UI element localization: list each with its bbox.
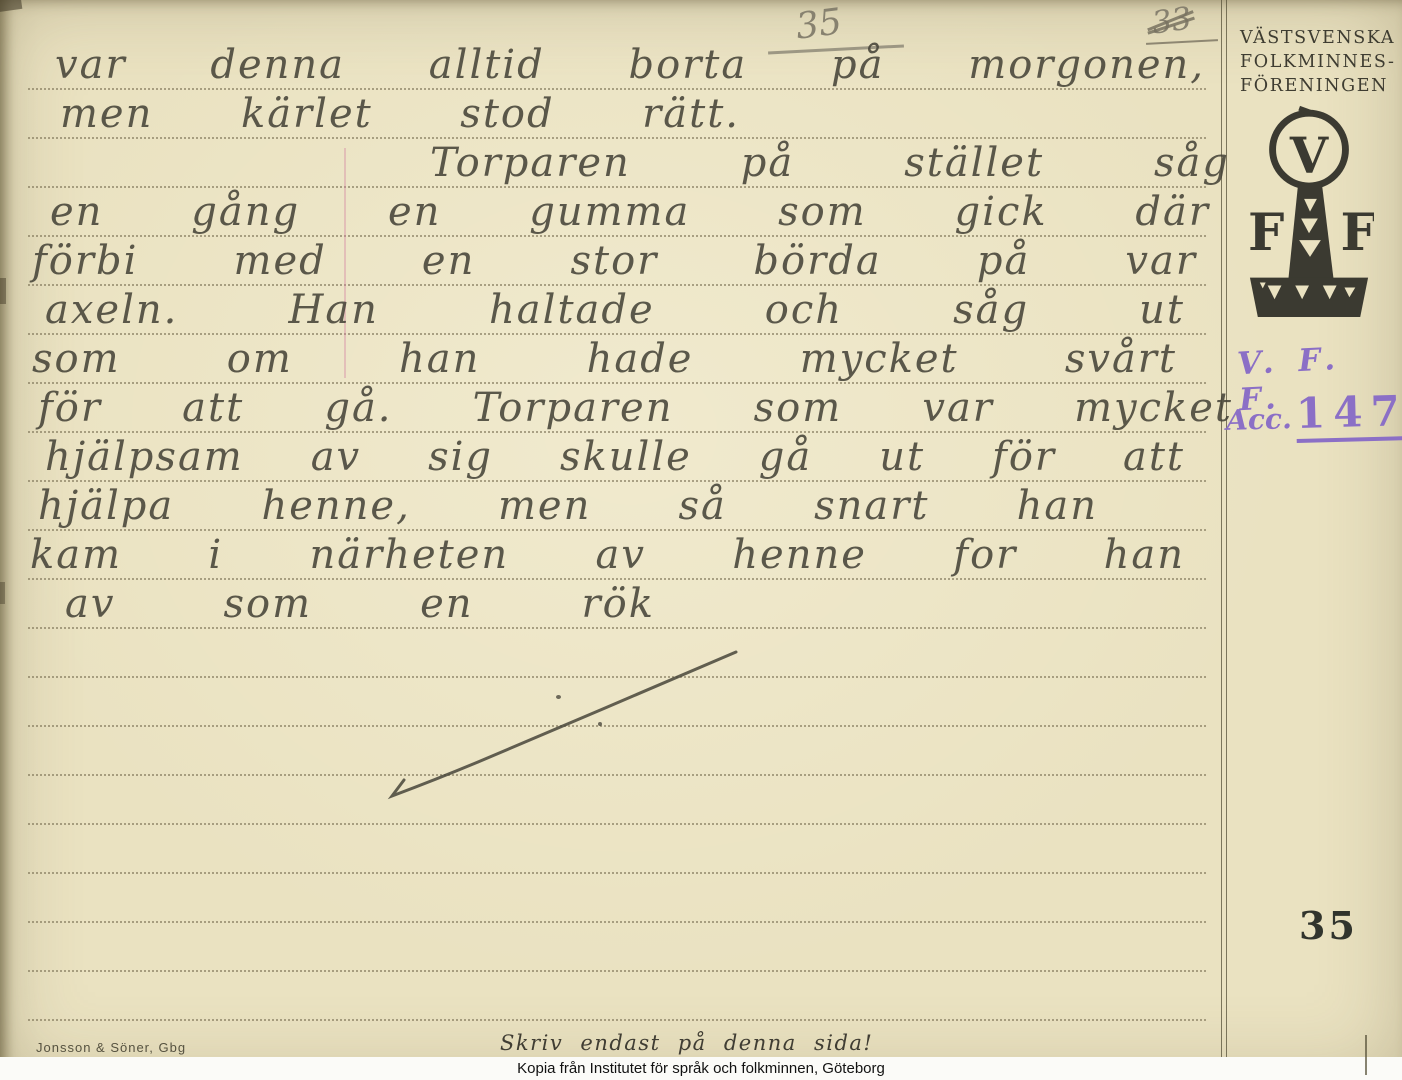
ruled-line bbox=[28, 333, 1206, 335]
ruled-line bbox=[28, 823, 1206, 825]
ruled-line bbox=[28, 1019, 1206, 1021]
organization-name: VÄSTSVENSKA FOLKMINNES- FÖRENINGEN bbox=[1240, 26, 1396, 98]
top-page-number: 35 bbox=[794, 3, 844, 46]
accession-number: 1471 bbox=[1295, 385, 1402, 443]
crossed-out-number: 33 bbox=[1150, 0, 1194, 43]
copy-caption-text: Kopia från Institutet för språk och folk… bbox=[517, 1060, 885, 1077]
ink-speck bbox=[598, 722, 602, 726]
document-page: 35 33 var denna alltid borta på morgonen… bbox=[0, 0, 1402, 1080]
ruled-line bbox=[28, 137, 1206, 139]
thor-hammer-logo-icon: V F F bbox=[1246, 104, 1374, 336]
manuscript-line: en gång en gumma som gick där bbox=[50, 189, 1210, 235]
copy-caption-bar: Kopia från Institutet för språk och folk… bbox=[0, 1057, 1402, 1080]
ruled-line bbox=[28, 382, 1206, 384]
manuscript-line: av som en rök bbox=[65, 581, 655, 627]
page-edge-line bbox=[1365, 1035, 1367, 1075]
manuscript-line: som om han hade mycket svårt bbox=[32, 336, 1177, 382]
manuscript-line: men kärlet stod rätt. bbox=[60, 91, 740, 137]
ruled-line bbox=[28, 186, 1206, 188]
ruled-line bbox=[28, 284, 1206, 286]
manuscript-line: kam i närheten av henne for han bbox=[30, 532, 1185, 578]
ruled-line bbox=[28, 235, 1206, 237]
ruled-line bbox=[28, 872, 1206, 874]
manuscript-line: förbi med en stor börda på var bbox=[32, 238, 1197, 284]
scan-edge-mark bbox=[0, 582, 5, 604]
ruled-line bbox=[28, 578, 1206, 580]
organization-name-line3: FÖRENINGEN bbox=[1240, 74, 1396, 98]
ruled-line bbox=[28, 88, 1206, 90]
flourish-stroke bbox=[370, 638, 750, 808]
logo-letter-f-left: F bbox=[1248, 203, 1284, 263]
logo-letter-v: V bbox=[1289, 127, 1329, 185]
accession-label: Acc. bbox=[1226, 402, 1292, 437]
manuscript-line: var denna alltid borta på morgonen, bbox=[55, 42, 1205, 88]
ruled-line bbox=[28, 921, 1206, 923]
ruled-line bbox=[28, 480, 1206, 482]
ruled-line bbox=[28, 970, 1206, 972]
ruled-line bbox=[28, 431, 1206, 433]
logo-letter-f-right: F bbox=[1341, 203, 1374, 263]
scan-corner-mark bbox=[0, 0, 22, 12]
ink-speck bbox=[556, 695, 561, 699]
page-number-stamp: 35 bbox=[1299, 903, 1358, 948]
ruled-line bbox=[28, 627, 1206, 629]
scan-edge-mark bbox=[0, 278, 6, 304]
write-instruction: Skriv endast på denna sida! bbox=[500, 1031, 873, 1055]
manuscript-line: Torparen på stället såg bbox=[430, 140, 1230, 186]
manuscript-line: hjälpsam av sig skulle gå ut för att bbox=[45, 434, 1185, 480]
organization-name-line1: VÄSTSVENSKA bbox=[1240, 26, 1396, 50]
printer-imprint: Jonsson & Söner, Gbg bbox=[36, 1040, 186, 1055]
organization-name-line2: FOLKMINNES- bbox=[1240, 50, 1396, 74]
manuscript-line: axeln. Han haltade och såg ut bbox=[45, 287, 1185, 333]
manuscript-line: för att gå. Torparen som var mycket bbox=[38, 385, 1233, 431]
ruled-line bbox=[28, 529, 1206, 531]
accession-stamp: Acc. 1471 bbox=[1225, 385, 1402, 440]
manuscript-line: hjälpa henne, men så snart han bbox=[38, 483, 1098, 529]
